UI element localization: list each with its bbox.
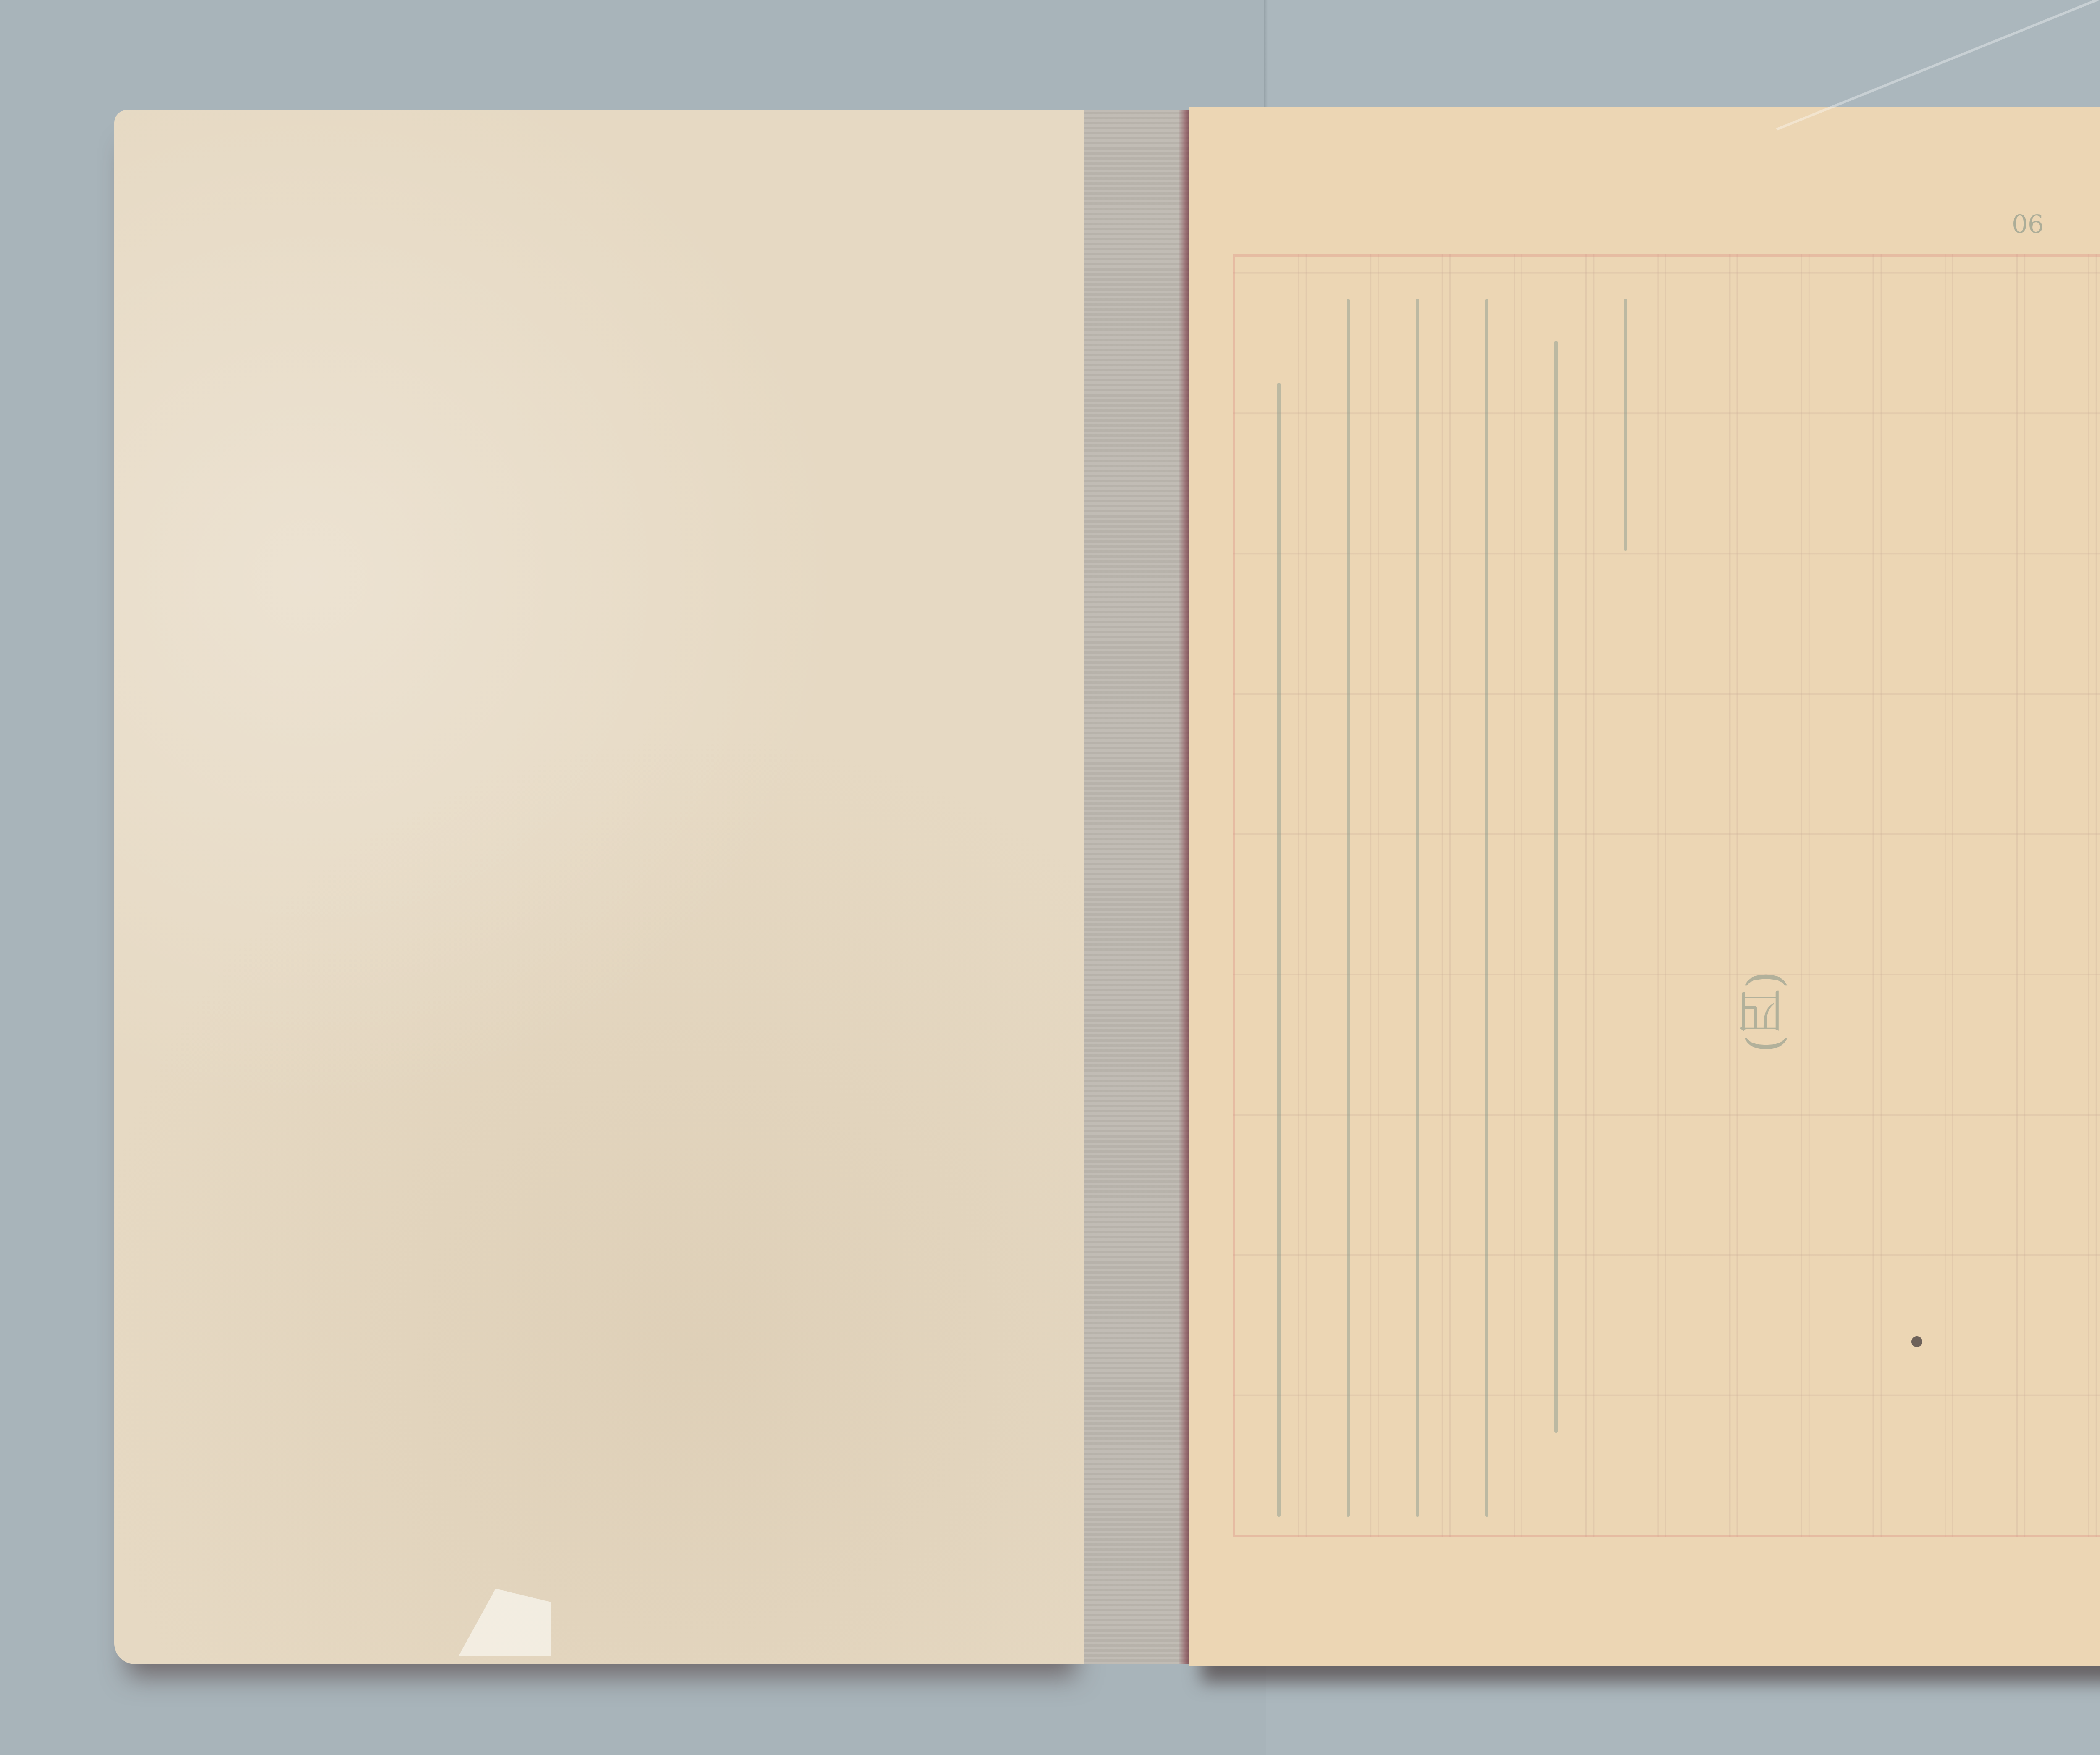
handwriting-column-5 bbox=[1554, 341, 1558, 1433]
ink-dot bbox=[1911, 1336, 1922, 1347]
handwriting-column-3 bbox=[1416, 299, 1419, 1517]
page-number: 90 bbox=[2012, 208, 2044, 237]
handwriting-title-line bbox=[1624, 299, 1627, 551]
background-seam bbox=[1264, 0, 1268, 109]
handwriting-column-2 bbox=[1347, 299, 1350, 1517]
book-spine bbox=[1084, 110, 1189, 1664]
right-page-manuscript: 90 (四) bbox=[1189, 107, 2100, 1666]
handwriting-column-4 bbox=[1485, 299, 1488, 1517]
section-heading: (四) bbox=[1731, 971, 1797, 1053]
torn-paper-corner bbox=[459, 1589, 551, 1656]
left-page-cover bbox=[114, 110, 1089, 1664]
spine-red-edge bbox=[1179, 110, 1189, 1664]
manuscript-grid-frame: (四) bbox=[1233, 254, 2100, 1537]
handwriting-column-1 bbox=[1277, 383, 1281, 1517]
